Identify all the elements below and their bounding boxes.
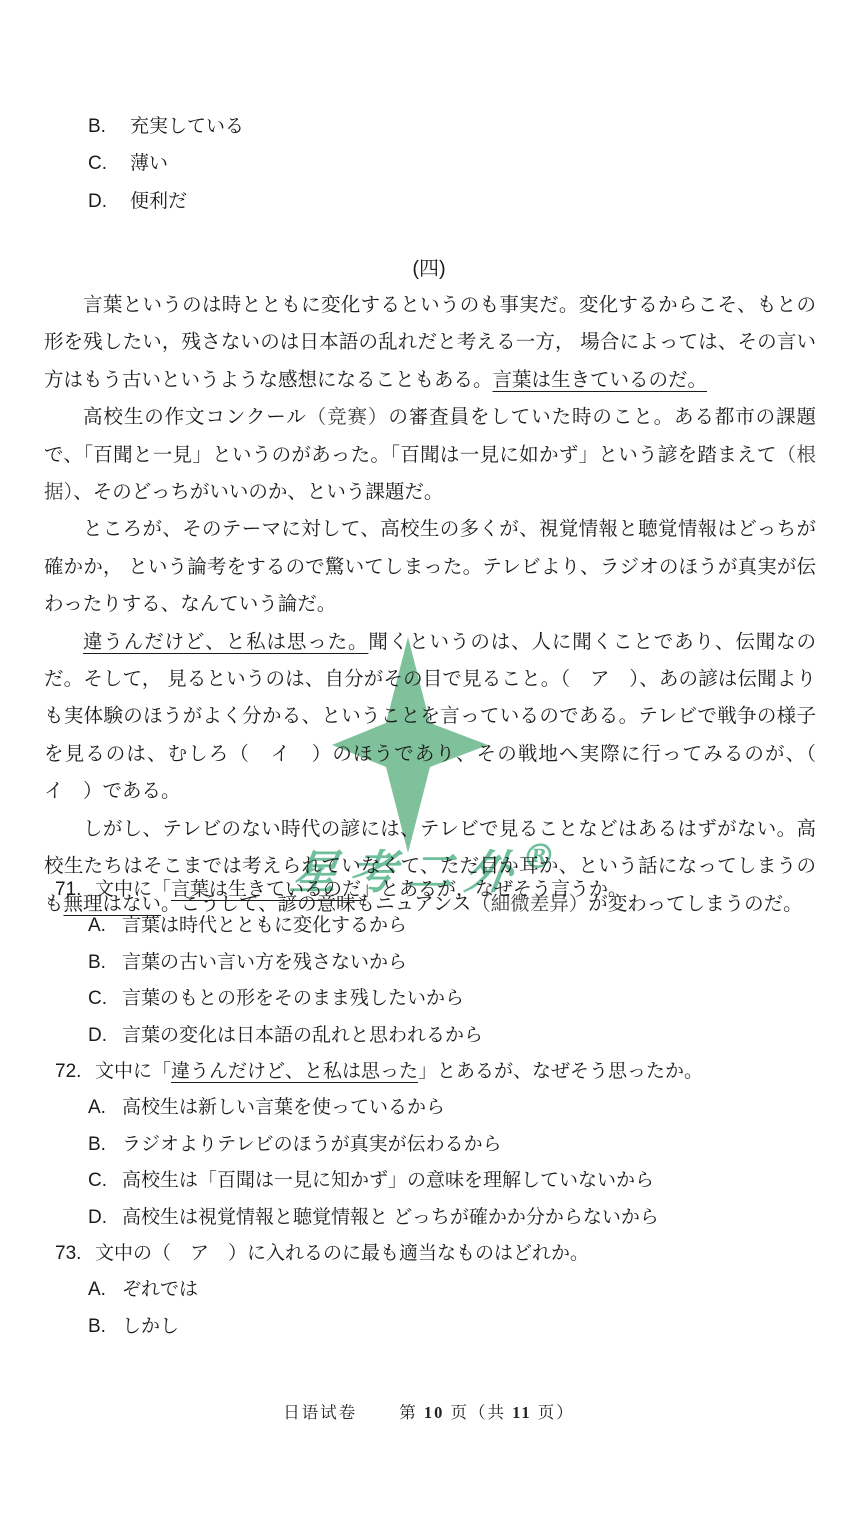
option-text: ぞれでは xyxy=(122,1272,198,1308)
question-block: 72.文中に「違うんだけど、と私は思った」とあるが、なぜそう思ったか。A.高校生… xyxy=(55,1054,817,1236)
passage-paragraph: 高校生の作文コンクール（竞赛）の審査員をしていた時のこと。ある都市の課題で、「百… xyxy=(44,399,816,511)
option-text: 言葉の古い言い方を残さないから xyxy=(122,945,407,981)
question-text: 文中に「違うんだけど、と私は思った」とあるが、なぜそう思ったか。 xyxy=(95,1054,703,1090)
option-text: 薄い xyxy=(130,145,168,182)
answer-option: C.薄い xyxy=(88,145,244,182)
option-letter: B. xyxy=(88,1127,122,1163)
text-run: 聞くというのは、人に聞くことであり、伝聞なのだ。そして， 見るというのは、自分が… xyxy=(44,631,836,803)
text-run: 違うんだけど、と私は思った。 xyxy=(83,631,368,653)
footer-page-info: 第 10 页（共 11 页） xyxy=(399,1403,575,1422)
reading-passage: 言葉というのは時とともに変化するというのも事実だ。変化するからこそ、もとの形を残… xyxy=(44,287,816,923)
option-letter: C. xyxy=(88,1163,122,1199)
answer-option: B.しかし xyxy=(55,1309,817,1345)
passage-paragraph: 言葉というのは時とともに変化するというのも事実だ。変化するからこそ、もとの形を残… xyxy=(44,287,816,399)
text-run: 言葉は生きているのだ xyxy=(171,879,361,900)
text-run: 言葉は生きているのだ。 xyxy=(493,369,708,391)
text-run: 10 xyxy=(424,1403,445,1422)
text-run: 页） xyxy=(532,1403,575,1422)
option-text: 言葉は時代とともに変化するから xyxy=(122,908,407,944)
question-options: A.言葉は時代とともに変化するからB.言葉の古い言い方を残さないからC.言葉のも… xyxy=(55,908,817,1054)
question-options: A.ぞれではB.しかし xyxy=(55,1272,817,1345)
option-text: ラジオよりテレビのほうが真実が伝わるから xyxy=(122,1127,502,1163)
page-footer: 日语试卷第 10 页（共 11 页） xyxy=(0,1399,858,1423)
answer-option: B.充実している xyxy=(88,108,244,145)
text-run: 」とあるが、なぜそう思ったか。 xyxy=(418,1061,703,1082)
answer-option: B.ラジオよりテレビのほうが真実が伝わるから xyxy=(55,1127,817,1163)
question-options: A.高校生は新しい言葉を使っているからB.ラジオよりテレビのほうが真実が伝わるか… xyxy=(55,1090,817,1236)
option-letter: C. xyxy=(88,981,122,1017)
footer-doc-title: 日语试卷 xyxy=(283,1403,357,1422)
passage-paragraph: ところが、そのテーマに対して、高校生の多くが、視覚情報と聴覚情報はどっちが確かか… xyxy=(44,511,816,623)
answer-option: D.高校生は視覚情報と聴覚情報と どっちが確かか分からないから xyxy=(55,1200,817,1236)
text-run: 、そのどっちがいいのか、という課題だ。 xyxy=(73,481,443,503)
question-text: 文中に「言葉は生きているのだ」とあるが，なぜそう言うか。 xyxy=(95,872,627,908)
text-run: ところが、そのテーマに対して、高校生の多くが、視覚情報と聴覚情報はどっちが確かか… xyxy=(44,518,816,615)
option-text: 高校生は新しい言葉を使っているから xyxy=(122,1090,445,1126)
text-run: 文中に「 xyxy=(95,1061,171,1082)
question-number: 72. xyxy=(55,1054,95,1090)
answer-option: D.言葉の変化は日本語の乱れと思われるから xyxy=(55,1018,817,1054)
question-block: 73.文中の（ ア ）に入れるのに最も適当なものはどれか。A.ぞれではB.しかし xyxy=(55,1236,817,1345)
answer-option: B.言葉の古い言い方を残さないから xyxy=(55,945,817,981)
question-number: 73. xyxy=(55,1236,95,1272)
option-text: 言葉のもとの形をそのまま残したいから xyxy=(122,981,464,1017)
option-text: 充実している xyxy=(130,108,244,145)
text-run: 11 xyxy=(512,1403,532,1422)
option-text: 言葉の変化は日本語の乱れと思われるから xyxy=(122,1018,483,1054)
option-letter: D. xyxy=(88,1200,122,1236)
section-title: (四) xyxy=(0,252,858,281)
top-options: B.充実しているC.薄いD.便利だ xyxy=(88,108,244,220)
text-run: 第 xyxy=(399,1403,424,1422)
option-letter: B. xyxy=(88,945,122,981)
exam-page: 星考二外® B.充実しているC.薄いD.便利だ (四) 言葉というのは時とともに… xyxy=(0,0,858,1528)
questions-list: 71.文中に「言葉は生きているのだ」とあるが，なぜそう言うか。A.言葉は時代とと… xyxy=(55,872,817,1345)
option-letter: B. xyxy=(88,108,130,145)
answer-option: C.高校生は「百聞は一見に知かず」の意味を理解していないから xyxy=(55,1163,817,1199)
option-letter: A. xyxy=(88,1090,122,1126)
option-text: しかし xyxy=(122,1309,179,1345)
text-run: 違うんだけど、と私は思った xyxy=(171,1061,418,1082)
question-text: 文中の（ ア ）に入れるのに最も適当なものはどれか。 xyxy=(95,1236,589,1272)
passage-paragraph: 違うんだけど、と私は思った。聞くというのは、人に聞くことであり、伝聞なのだ。そし… xyxy=(44,624,816,811)
text-run: （竞赛） xyxy=(307,407,389,428)
answer-option: C.言葉のもとの形をそのまま残したいから xyxy=(55,981,817,1017)
option-letter: A. xyxy=(88,1272,122,1308)
question-stem: 71.文中に「言葉は生きているのだ」とあるが，なぜそう言うか。 xyxy=(55,872,817,908)
option-letter: C. xyxy=(88,145,130,182)
answer-option: D.便利だ xyxy=(88,183,244,220)
option-text: 便利だ xyxy=(130,183,187,220)
question-stem: 73.文中の（ ア ）に入れるのに最も適当なものはどれか。 xyxy=(55,1236,817,1272)
text-run: 文中の（ ア ）に入れるのに最も適当なものはどれか。 xyxy=(95,1243,589,1264)
option-letter: B. xyxy=(88,1309,122,1345)
question-stem: 72.文中に「違うんだけど、と私は思った」とあるが、なぜそう思ったか。 xyxy=(55,1054,817,1090)
question-block: 71.文中に「言葉は生きているのだ」とあるが，なぜそう言うか。A.言葉は時代とと… xyxy=(55,872,817,1054)
question-number: 71. xyxy=(55,872,95,908)
answer-option: A.高校生は新しい言葉を使っているから xyxy=(55,1090,817,1126)
option-letter: D. xyxy=(88,1018,122,1054)
text-run: 文中に「 xyxy=(95,879,171,900)
option-letter: A. xyxy=(88,908,122,944)
answer-option: A.ぞれでは xyxy=(55,1272,817,1308)
text-run: 高校生の作文コンクール xyxy=(83,406,307,428)
option-letter: D. xyxy=(88,183,130,220)
text-run: 」とあるが，なぜそう言うか。 xyxy=(361,879,627,900)
option-text: 高校生は「百聞は一見に知かず」の意味を理解していないから xyxy=(122,1163,654,1199)
answer-option: A.言葉は時代とともに変化するから xyxy=(55,908,817,944)
option-text: 高校生は視覚情報と聴覚情報と どっちが確かか分からないから xyxy=(122,1200,659,1236)
text-run: 页（共 xyxy=(444,1403,512,1422)
